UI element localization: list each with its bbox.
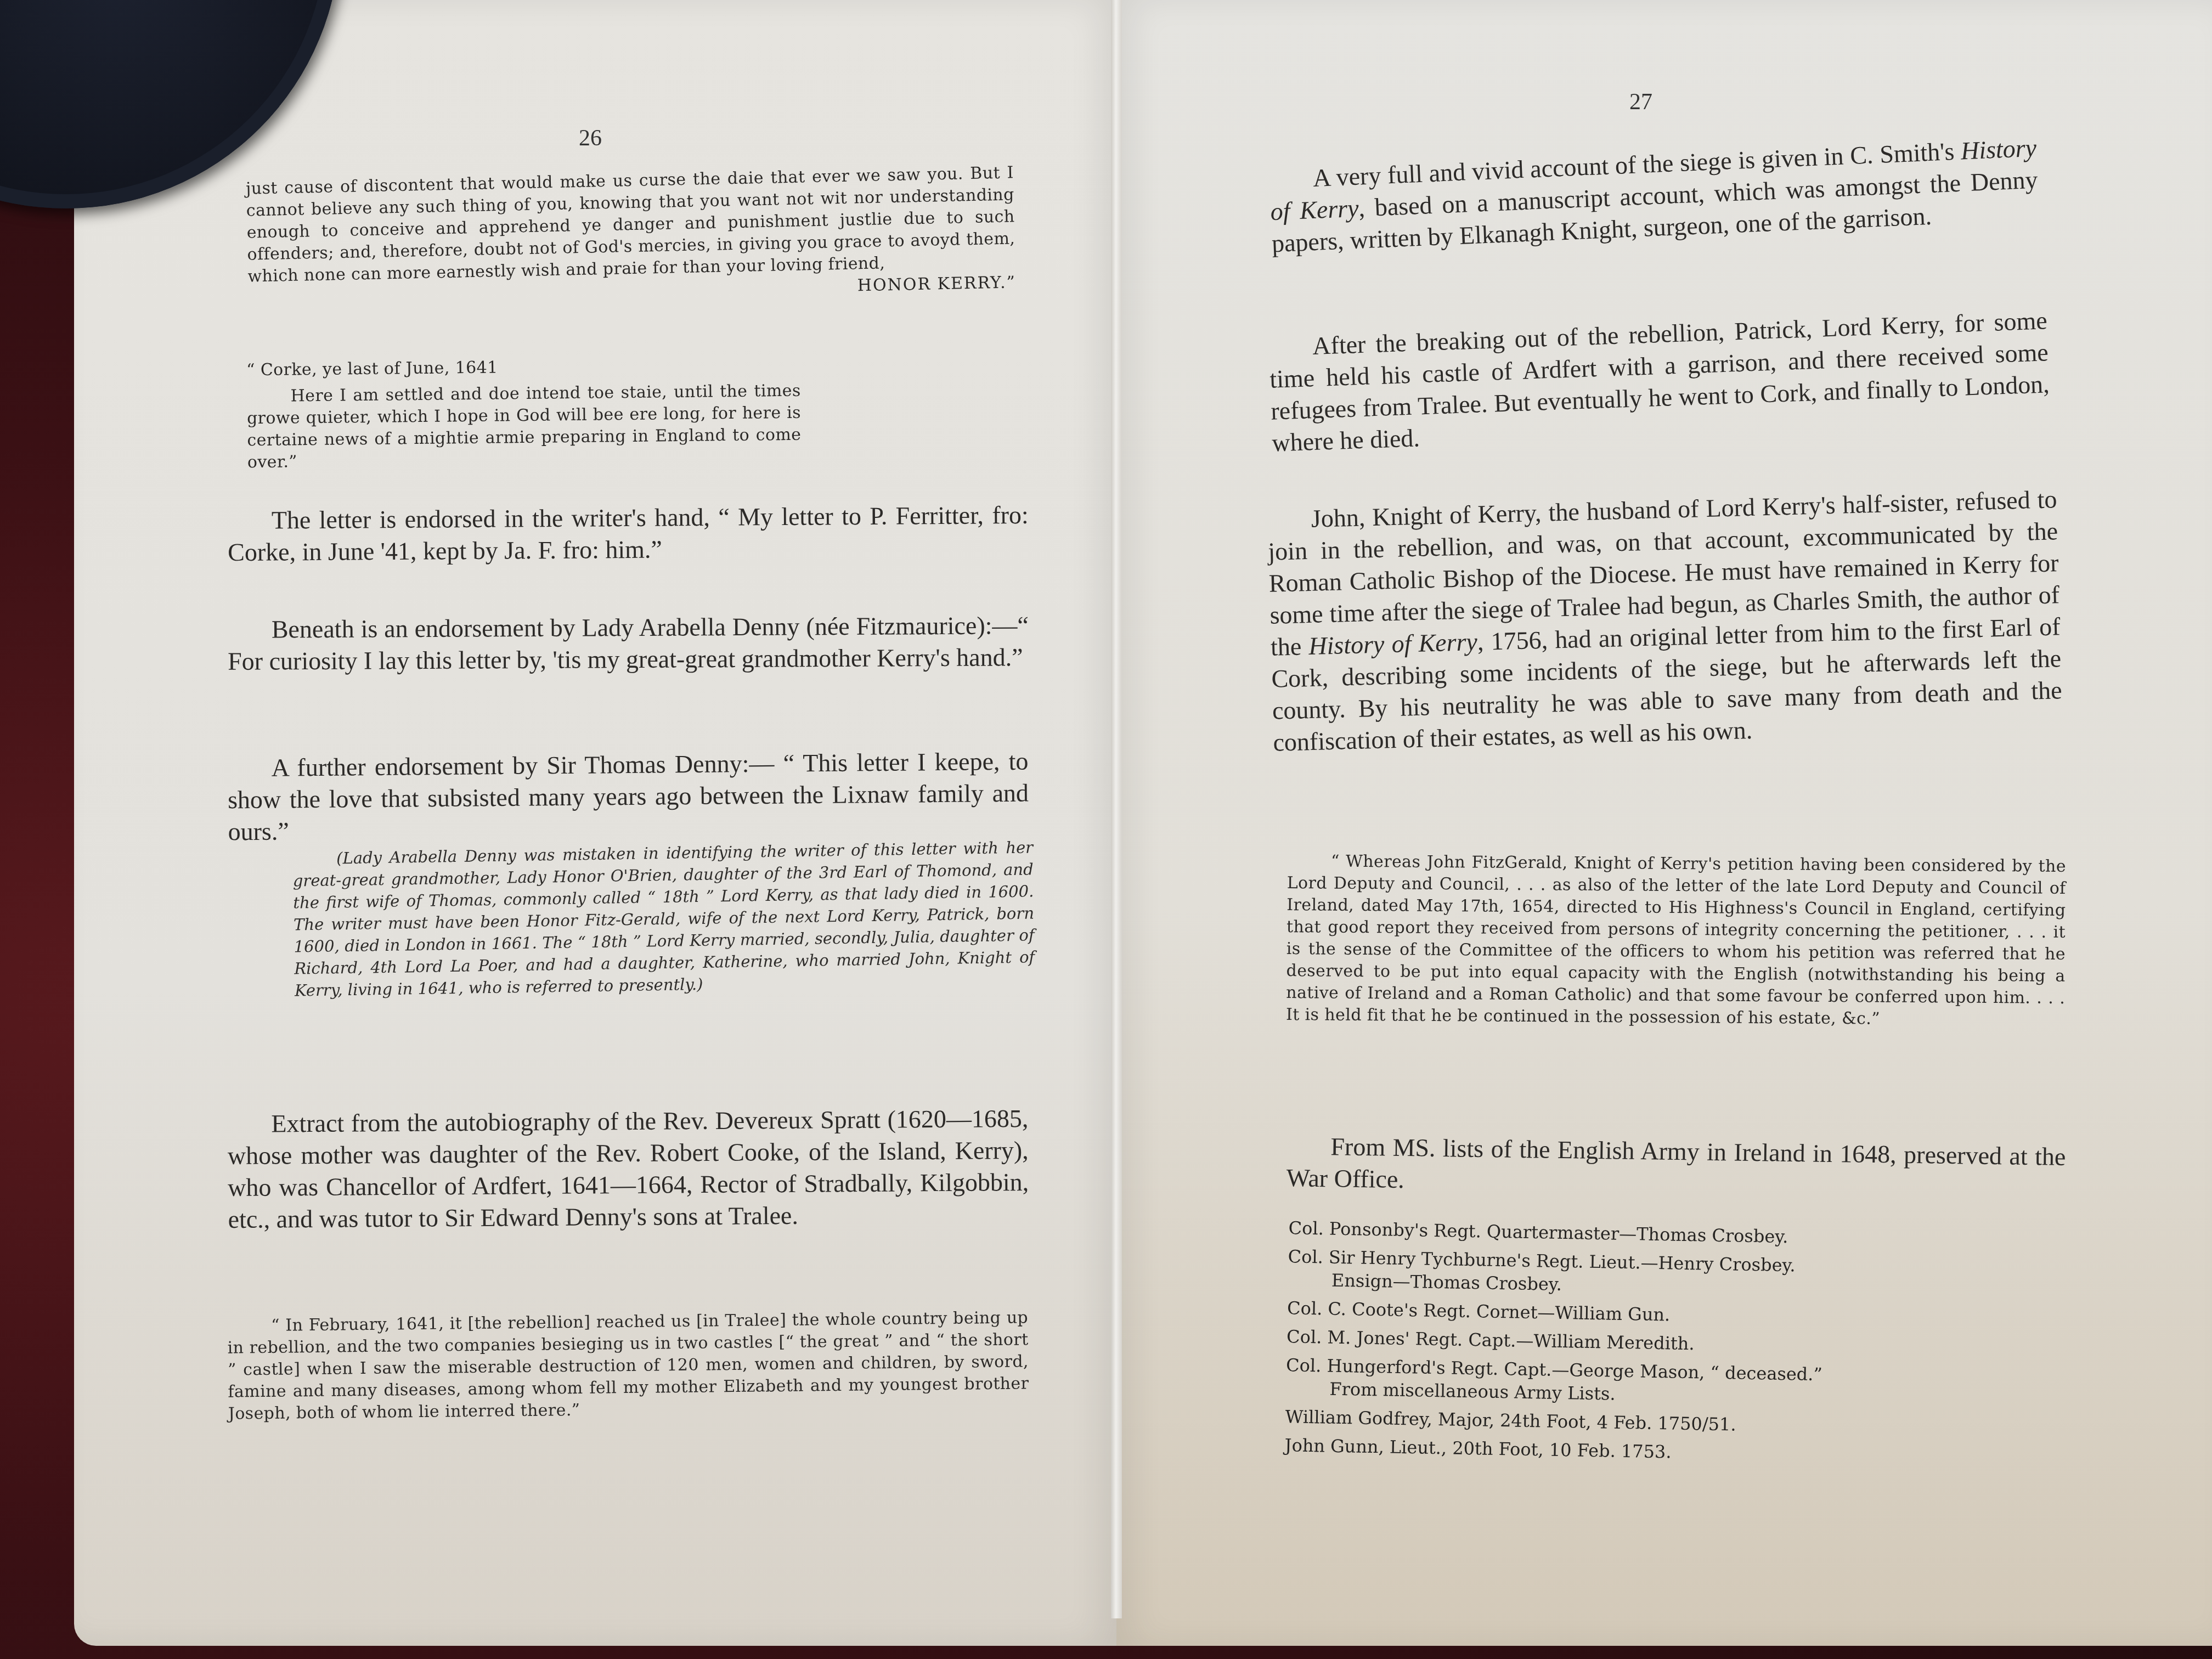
petition-quote-text: “ Whereas John FitzGerald, Knight of Ker… xyxy=(1286,850,2066,1031)
spratt-intro-text: Extract from the autobiography of the Re… xyxy=(227,1103,1029,1235)
book-gutter xyxy=(1111,0,1122,1618)
postscript-block: “ Corke, ye last of June, 1641 Here I am… xyxy=(246,354,802,474)
postscript-heading: “ Corke, ye last of June, 1641 xyxy=(246,354,800,382)
army-list-item: Col. Sir Henry Tychburne's Regt. Lieut.—… xyxy=(1288,1245,2089,1305)
patrick-text: After the breaking out of the rebellion,… xyxy=(1268,304,2051,459)
lady-arabella-text: Beneath is an endorsement by Lady Arabel… xyxy=(228,610,1029,678)
endorsement-text: The letter is endorsed in the writer's h… xyxy=(228,499,1029,568)
sir-thomas-text: A further endorsement by Sir Thomas Denn… xyxy=(227,746,1029,848)
patrick-paragraph: After the breaking out of the rebellion,… xyxy=(1268,304,2051,459)
siege-account-text: A very full and vivid account of the sie… xyxy=(1268,132,2040,259)
editorial-note: (Lady Arabella Denny was mistaken in ide… xyxy=(292,836,1035,1001)
sir-thomas-paragraph: A further endorsement by Sir Thomas Denn… xyxy=(227,746,1029,848)
open-book: 26 just cause of discontent that would m… xyxy=(0,0,2212,1659)
editorial-note-text: (Lady Arabella Denny was mistaken in ide… xyxy=(292,836,1035,1001)
petition-quote: “ Whereas John FitzGerald, Knight of Ker… xyxy=(1286,850,2066,1031)
letter-continuation-text: just cause of discontent that would make… xyxy=(246,162,1016,287)
john-knight-text: John, Knight of Kerry, the husband of Lo… xyxy=(1267,483,2063,759)
spratt-intro-paragraph: Extract from the autobiography of the Re… xyxy=(227,1103,1029,1235)
page-number-right: 27 xyxy=(1629,89,1652,115)
john-knight-paragraph: John, Knight of Kerry, the husband of Lo… xyxy=(1267,483,2063,759)
right-page: 27 A very full and vivid account of the … xyxy=(1116,0,2212,1646)
army-list: Col. Ponsonby's Regt. Quartermaster—Thom… xyxy=(1284,1216,2090,1476)
page-number-left: 26 xyxy=(579,125,602,151)
postscript-body: Here I am settled and doe intend toe sta… xyxy=(246,380,802,474)
ms-lists-paragraph: From MS. lists of the English Army in Ir… xyxy=(1286,1130,2066,1205)
spratt-quote: “ In February, 1641, it [the rebellion] … xyxy=(227,1307,1029,1425)
ms-lists-text: From MS. lists of the English Army in Ir… xyxy=(1286,1130,2066,1205)
spratt-quote-text: “ In February, 1641, it [the rebellion] … xyxy=(227,1307,1029,1425)
lady-arabella-paragraph: Beneath is an endorsement by Lady Arabel… xyxy=(228,610,1029,678)
letter-continuation-block: just cause of discontent that would make… xyxy=(246,162,1017,308)
endorsement-paragraph: The letter is endorsed in the writer's h… xyxy=(228,499,1029,568)
army-list-item: Col. Hungerford's Regt. Capt.—George Mas… xyxy=(1285,1353,2087,1413)
left-page: 26 just cause of discontent that would m… xyxy=(74,0,1116,1646)
siege-account-paragraph: A very full and vivid account of the sie… xyxy=(1268,132,2040,259)
history-of-kerry-title-2: History of Kerry xyxy=(1308,628,1478,660)
